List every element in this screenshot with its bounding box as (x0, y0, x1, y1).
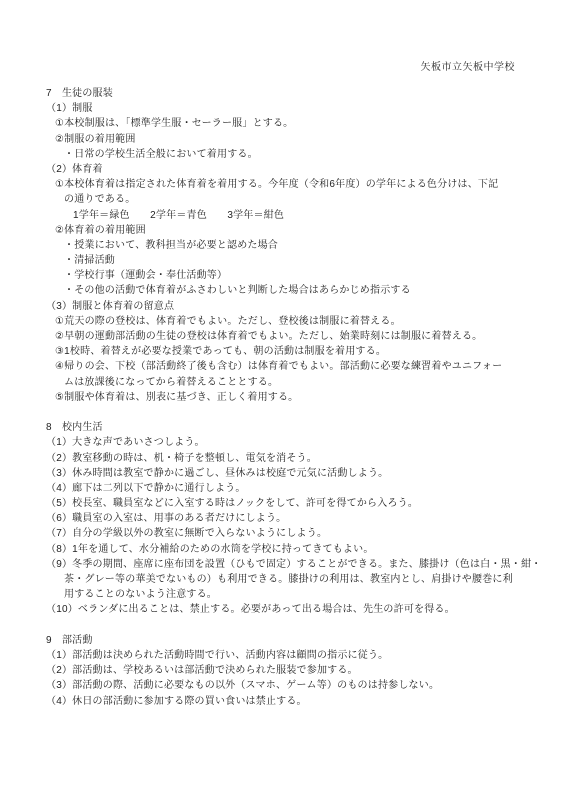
text-line: （6）職員室の入室は、用事のある者だけにしよう。 (46, 511, 566, 526)
document-page: 矢板市立矢板中学校 7 生徒の服装（1）制服①本校制服は、「標準学生服・セーラー… (0, 0, 566, 800)
text-line: （7）自分の学級以外の教室に無断で入らないようにしよう。 (46, 526, 566, 541)
text-line: ムは放課後になってから着替えることとする。 (46, 375, 566, 390)
text-line: ①荒天の際の登校は、体育着でもよい。ただし、登校後は制服に着替える。 (46, 314, 566, 329)
text-line: （3）休み時間は教室で静かに過ごし、昼休みは校庭で元気に活動しよう。 (46, 466, 566, 481)
text-line: ・その他の活動で体育着がふさわしいと判断した場合はあらかじめ指示する (46, 283, 566, 298)
text-line: 用することのないよう注意する。 (46, 587, 566, 602)
section-gap (46, 618, 566, 633)
text-line: ①本校制服は、「標準学生服・セーラー服」とする。 (46, 116, 566, 131)
text-line: （4）休日の部活動に参加する際の買い食いは禁止する。 (46, 694, 566, 709)
text-line: （1）大きな声であいさつしよう。 (46, 435, 566, 450)
text-line: ・学校行事（運動会・奉仕活動等） (46, 268, 566, 283)
text-line: （3）制服と体育着の留意点 (46, 299, 566, 314)
section-heading: 8 校内生活 (46, 420, 566, 435)
text-line: （3）部活動の際、活動に必要なもの以外（スマホ、ゲーム等）のものは持参しない。 (46, 678, 566, 693)
text-line: （9）冬季の期間、座席に座布団を設置（ひもで固定）することができる。また、膝掛け… (46, 557, 566, 572)
text-line: ②早朝の運動部活動の生徒の登校は体育着でもよい。ただし、始業時刻には制服に着替え… (46, 329, 566, 344)
section-heading: 9 部活動 (46, 633, 566, 648)
text-line: ②体育着の着用範囲 (46, 223, 566, 238)
text-line: （2）教室移動の時は、机・椅子を整頓し、電気を消そう。 (46, 451, 566, 466)
text-line: の通りである。 (46, 192, 566, 207)
section-gap (46, 405, 566, 420)
text-line: （4）廊下は二列以下で静かに通行しよう。 (46, 481, 566, 496)
text-line: （2）体育着 (46, 162, 566, 177)
text-line: ①本校体育着は指定された体育着を着用する。今年度（令和6年度）の学年による色分け… (46, 177, 566, 192)
text-line: ・授業において、教科担当が必要と認めた場合 (46, 238, 566, 253)
text-line: ⑤制服や体育着は、別表に基づき、正しく着用する。 (46, 390, 566, 405)
text-line: ②制服の着用範囲 (46, 132, 566, 147)
text-line: （1）部活動は決められた活動時間で行い、活動内容は顧問の指示に従う。 (46, 648, 566, 663)
text-line: ・日常の学校生活全般において着用する。 (46, 147, 566, 162)
text-line: （1）制服 (46, 101, 566, 116)
document-content: 7 生徒の服装（1）制服①本校制服は、「標準学生服・セーラー服」とする。②制服の… (46, 86, 566, 709)
text-line: ③1校時、着替えが必要な授業であっても、朝の活動は制服を着用する。 (46, 344, 566, 359)
text-line: ・清掃活動 (46, 253, 566, 268)
text-line: ④帰りの会、下校（部活動終了後も含む）は体育着でもよい。部活動に必要な練習着やユ… (46, 359, 566, 374)
section-heading: 7 生徒の服装 (46, 86, 566, 101)
school-name: 矢板市立矢板中学校 (421, 58, 516, 73)
text-line: 茶・グレー等の華美でないもの）も利用できる。膝掛けの利用は、教室内とし、肩掛けや… (46, 572, 566, 587)
text-line: （2）部活動は、学校あるいは部活動で決められた服装で参加する。 (46, 663, 566, 678)
text-line: 1学年＝緑色 2学年＝青色 3学年＝紺色 (46, 208, 566, 223)
text-line: （10）ベランダに出ることは、禁止する。必要があって出る場合は、先生の許可を得る… (46, 602, 566, 617)
text-line: （5）校長室、職員室などに入室する時はノックをして、許可を得てから入ろう。 (46, 496, 566, 511)
text-line: （8）1年を通して、水分補給のための水筒を学校に持ってきてもよい。 (46, 542, 566, 557)
